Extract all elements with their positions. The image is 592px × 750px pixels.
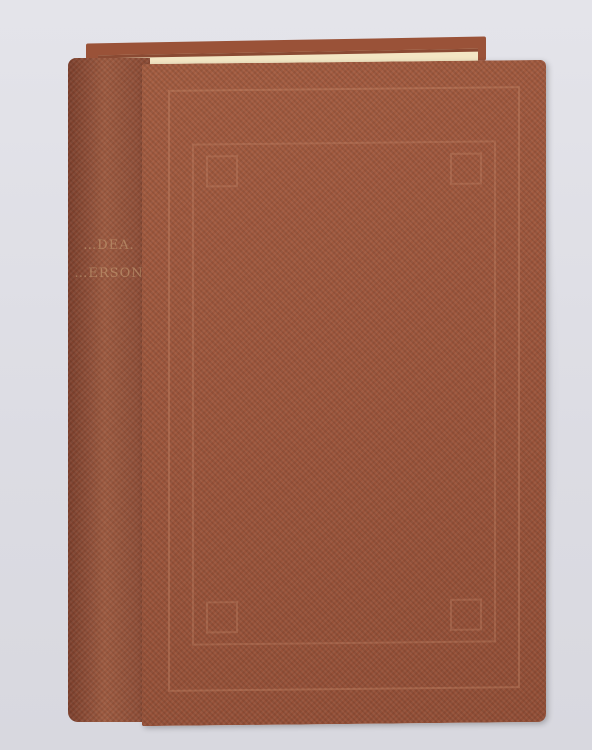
book-spine: …DEA. …ERSON [68, 58, 150, 722]
spine-title: …DEA. [68, 238, 150, 253]
corner-ornament [206, 155, 238, 187]
blind-stamped-panel [192, 140, 496, 645]
spine-author: …ERSON [68, 266, 150, 281]
corner-ornament [450, 599, 482, 631]
book: …DEA. …ERSON [0, 0, 592, 750]
front-cover [142, 60, 546, 726]
corner-ornament [450, 153, 482, 185]
corner-ornament [206, 601, 238, 633]
